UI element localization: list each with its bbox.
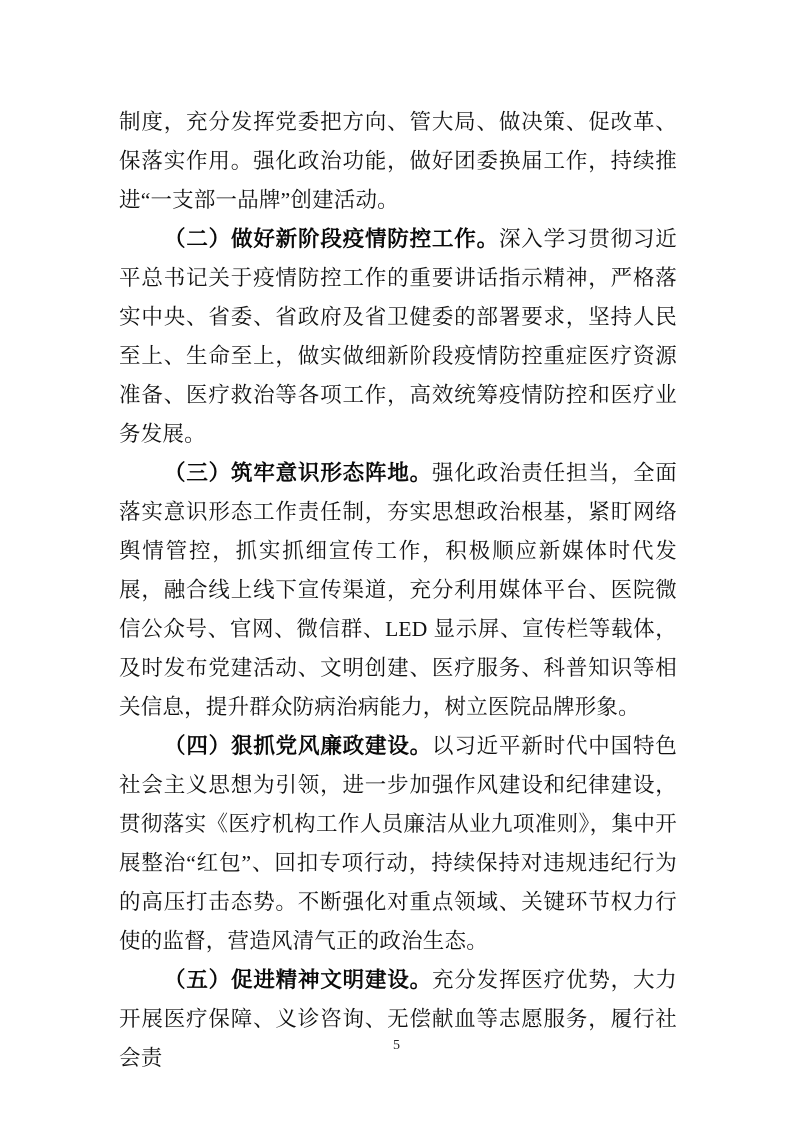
paragraph-section-2: （二）做好新阶段疫情防控工作。深入学习贯彻习近平总书记关于疫情防控工作的重要讲话… <box>119 220 677 454</box>
paragraph-continuation: 制度，充分发挥党委把方向、管大局、做决策、促改革、保落实作用。强化政治功能，做好… <box>119 103 677 220</box>
paragraph-section-5: （五）促进精神文明建设。充分发挥医疗优势，大力开展医疗保障、义诊咨询、无偿献血等… <box>119 961 677 1078</box>
section-heading: （二）做好新阶段疫情防控工作。 <box>164 227 499 251</box>
section-heading: （四）狠抓党风廉政建设。 <box>164 734 432 758</box>
document-page: 制度，充分发挥党委把方向、管大局、做决策、促改革、保落实作用。强化政治功能，做好… <box>0 0 793 1122</box>
page-number: 5 <box>393 1038 400 1053</box>
paragraph-text: 制度，充分发挥党委把方向、管大局、做决策、促改革、保落实作用。强化政治功能，做好… <box>119 110 677 212</box>
paragraph-text: 以习近平新时代中国特色社会主义思想为引领，进一步加强作风建设和纪律建设，贯彻落实… <box>119 734 677 953</box>
page-footer: 5 <box>0 1036 793 1054</box>
document-body: 制度，充分发挥党委把方向、管大局、做决策、促改革、保落实作用。强化政治功能，做好… <box>119 103 677 1078</box>
section-heading: （五）促进精神文明建设。 <box>164 968 432 992</box>
section-heading: （三）筑牢意识形态阵地。 <box>164 461 432 485</box>
paragraph-section-4: （四）狠抓党风廉政建设。以习近平新时代中国特色社会主义思想为引领，进一步加强作风… <box>119 727 677 961</box>
paragraph-text: 强化政治责任担当，全面落实意识形态工作责任制，夯实思想政治根基，紧盯网络舆情管控… <box>119 461 677 719</box>
paragraph-text: 深入学习贯彻习近平总书记关于疫情防控工作的重要讲话指示精神，严格落实中央、省委、… <box>119 227 677 446</box>
paragraph-section-3: （三）筑牢意识形态阵地。强化政治责任担当，全面落实意识形态工作责任制，夯实思想政… <box>119 454 677 727</box>
